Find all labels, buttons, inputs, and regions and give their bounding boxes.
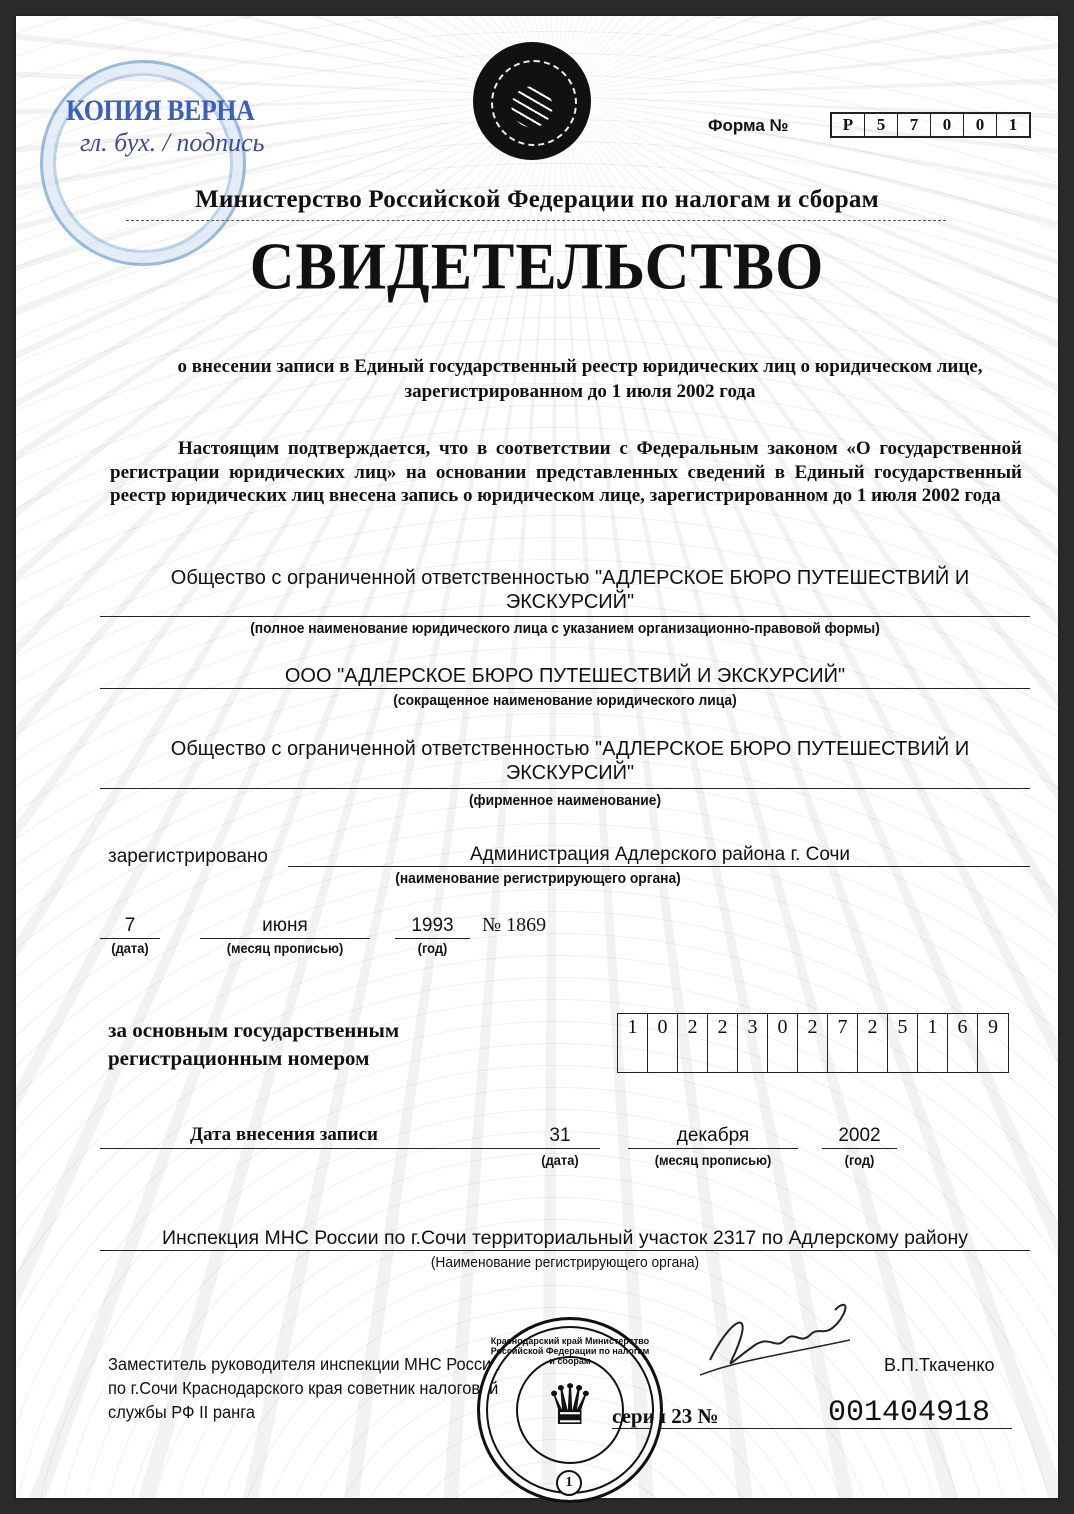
ministry-divider [126, 220, 946, 221]
brand-name-value: Общество с ограниченной ответственностью… [120, 737, 1020, 785]
entry-year: 2002 [822, 1124, 897, 1148]
document-subtitle: о внесении записи в Единый государственн… [100, 354, 1060, 404]
signer-position-line3: службы РФ II ранга [108, 1400, 500, 1424]
registration-month: июня [200, 914, 370, 938]
entry-day-caption: (дата) [523, 1152, 597, 1168]
series-number: 001404918 [828, 1396, 990, 1430]
official-seal: Краснодарский край Министерство Российск… [477, 1317, 663, 1503]
brand-name-line [100, 788, 1030, 789]
signer-position-line1: Заместитель руководителя инспекции МНС Р… [108, 1352, 500, 1376]
inspection-caption: (Наименование регистрирующего органа) [137, 1254, 993, 1271]
copy-stamp-signature: гл. бух. / подпись [80, 128, 265, 158]
full-name-caption: (полное наименование юридического лица с… [137, 620, 993, 637]
ogrn-digit: 6 [948, 1014, 978, 1072]
short-name-value: ООО "АДЛЕРСКОЕ БЮРО ПУТЕШЕСТВИЙ И ЭКСКУР… [100, 664, 1030, 688]
registered-label: зарегистрировано [108, 846, 268, 868]
ogrn-digit: 1 [618, 1014, 648, 1072]
ogrn-label-line1: за основным государственным [108, 1016, 399, 1044]
registration-year-caption: (год) [398, 940, 467, 956]
ogrn-digit: 0 [648, 1014, 678, 1072]
seal-inner-ring: ♛ [516, 1356, 624, 1464]
registering-authority-line [288, 866, 1030, 867]
seal-number: 1 [556, 1470, 582, 1496]
form-code-char: Р [832, 114, 865, 136]
ogrn-digit: 2 [678, 1014, 708, 1072]
short-name-line [100, 688, 1030, 689]
double-headed-eagle-icon: ♛ [518, 1376, 622, 1436]
form-number-boxes: Р 5 7 0 0 1 [830, 112, 1031, 138]
full-name-value: Общество с ограниченной ответственностью… [120, 566, 1020, 614]
registering-authority-value: Администрация Адлерского района г. Сочи [290, 843, 1030, 867]
entry-year-caption: (год) [825, 1152, 894, 1168]
document-title: СВИДЕТЕЛЬСТВО [0, 229, 1074, 306]
entry-month-caption: (месяц прописью) [635, 1152, 791, 1168]
certification-paragraph: Настоящим подтверждается, что в соответс… [110, 437, 1022, 508]
registering-authority-caption: (наименование регистрирующего органа) [308, 870, 768, 887]
ogrn-digit: 1 [918, 1014, 948, 1072]
inspection-line [100, 1250, 1030, 1251]
ogrn-digit: 2 [858, 1014, 888, 1072]
brand-name-caption: (фирменное наименование) [137, 792, 993, 809]
ogrn-label: за основным государственным регистрацион… [108, 1016, 399, 1072]
ogrn-digit: 7 [828, 1014, 858, 1072]
registration-year: 1993 [395, 914, 470, 938]
ogrn-digit: 2 [798, 1014, 828, 1072]
inspection-value: Инспекция МНС России по г.Сочи территори… [100, 1226, 1030, 1250]
ogrn-number-boxes: 1 0 2 2 3 0 2 7 2 5 1 6 9 [617, 1013, 1009, 1073]
series-line [612, 1428, 1012, 1429]
form-code-char: 7 [898, 114, 931, 136]
signer-position-line2: по г.Сочи Краснодарского края советник н… [108, 1376, 500, 1400]
signature-icon [700, 1300, 850, 1380]
entry-month-line [628, 1148, 798, 1149]
signer-name: В.П.Ткаченко [884, 1355, 994, 1376]
entry-day: 31 [520, 1124, 600, 1148]
signer-position: Заместитель руководителя инспекции МНС Р… [108, 1352, 500, 1424]
registration-day-line [100, 938, 160, 939]
ogrn-digit: 5 [888, 1014, 918, 1072]
entry-date-line [100, 1148, 600, 1149]
hologram-emblem-icon [473, 42, 591, 160]
entry-date-label: Дата внесения записи [190, 1124, 378, 1146]
ogrn-digit: 2 [708, 1014, 738, 1072]
full-name-line [100, 616, 1030, 617]
registration-day: 7 [100, 914, 160, 938]
ogrn-digit: 9 [978, 1014, 1008, 1072]
form-number-label: Форма № [708, 116, 789, 136]
registration-number: № 1869 [482, 914, 546, 937]
registration-day-caption: (дата) [102, 940, 157, 956]
form-code-char: 0 [964, 114, 997, 136]
registration-year-line [395, 938, 470, 939]
registration-month-line [200, 938, 370, 939]
form-code-char: 0 [931, 114, 964, 136]
ogrn-label-line2: регистрационным номером [108, 1044, 399, 1072]
form-code-char: 1 [997, 114, 1029, 136]
ogrn-digit: 0 [768, 1014, 798, 1072]
form-code-char: 5 [865, 114, 898, 136]
short-name-caption: (сокращенное наименование юридического л… [137, 692, 993, 709]
registration-month-caption: (месяц прописью) [207, 940, 363, 956]
ministry-heading: Министерство Российской Федерации по нал… [0, 186, 1074, 214]
entry-month: декабря [628, 1124, 798, 1148]
copy-verified-stamp: КОПИЯ ВЕРНА [66, 94, 254, 129]
entry-year-line [822, 1148, 897, 1149]
ogrn-digit: 3 [738, 1014, 768, 1072]
